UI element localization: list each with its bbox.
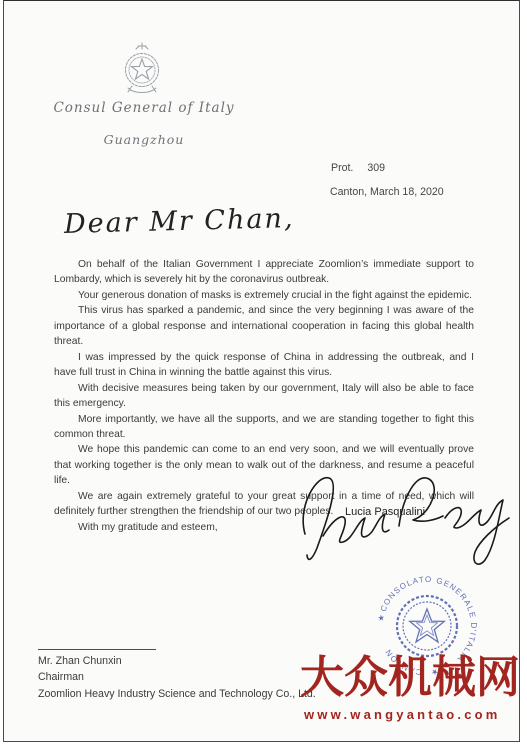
letter-paragraph: This virus has sparked a pandemic, and s…: [54, 303, 474, 349]
letter-scan-screenshot: Consul General of Italy Guangzhou Prot.3…: [0, 0, 527, 744]
protocol-number: 309: [367, 162, 385, 174]
salutation-handwritten: Dear Mr Chan,: [64, 203, 295, 240]
recipient-name: Mr. Zhan Chunxin: [38, 653, 316, 669]
letter-paragraph: More importantly, we have all the suppor…: [54, 412, 474, 443]
site-watermark-url: www.wangyantao.com: [304, 707, 501, 722]
site-watermark-brand: 大众机械网: [300, 654, 526, 702]
signature-printed-name: Lucia Pasqualini: [345, 506, 425, 518]
recipient-title: Chairman: [38, 669, 316, 685]
letter-paragraph: On behalf of the Italian Government I ap…: [54, 257, 474, 288]
recipient-divider-line: [38, 649, 156, 650]
letter-paragraph: With decisive measures being taken by ou…: [54, 381, 474, 412]
letterhead-city: Guangzhou: [44, 132, 244, 147]
recipient-company: Zoomlion Heavy Industry Science and Tech…: [38, 686, 316, 702]
letter-page: Consul General of Italy Guangzhou Prot.3…: [3, 0, 520, 742]
italy-state-emblem-icon: [116, 41, 168, 97]
protocol-label: Prot.: [331, 162, 353, 174]
stamp-separator-star: ★: [376, 612, 386, 622]
dateline: Canton, March 18, 2020: [330, 186, 444, 198]
protocol-line: Prot.309: [331, 162, 385, 174]
recipient-block: Mr. Zhan Chunxin Chairman Zoomlion Heavy…: [38, 653, 316, 702]
letterhead-organization: Consul General of Italy: [44, 100, 244, 116]
letter-paragraph: Your generous donation of masks is extre…: [54, 288, 474, 303]
letter-paragraph: I was impressed by the quick response of…: [54, 350, 474, 381]
